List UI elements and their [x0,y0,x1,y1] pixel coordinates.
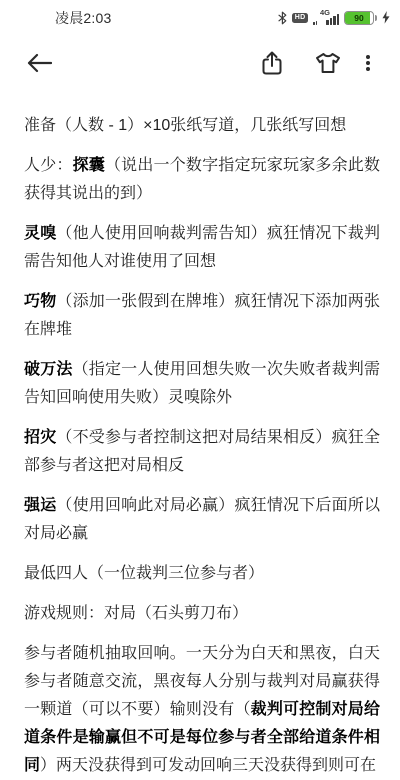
more-menu-button[interactable] [366,53,370,74]
status-bar: 凌晨2:03 HD 4G 90 [0,0,400,35]
text-run: （添加一张假到在牌堆）疯狂情况下添加两张在牌堆 [24,293,380,338]
paragraph: 破万法（指定一人使用回想失败一次失败者裁判需告知回响使用失败）灵嗅除外 [24,356,380,412]
kebab-menu-icon [366,53,370,74]
paragraph: 游戏规则：对局（石头剪刀布） [24,600,380,628]
text-run: 人少： [24,157,73,174]
term: 灵嗅 [24,225,56,242]
theme-button[interactable] [314,51,342,75]
paragraph: 灵嗅（他人使用回响裁判需告知）疯狂情况下裁判需告知他人对谁使用了回想 [24,220,380,276]
paragraph: 巧物（添加一张假到在牌堆）疯狂情况下添加两张在牌堆 [24,288,380,344]
term: 招灾 [24,429,56,446]
back-button[interactable] [26,53,52,73]
share-button[interactable] [260,50,284,76]
tshirt-icon [314,51,342,75]
paragraph: 招灾（不受参与者控制这把对局结果相反）疯狂全部参与者这把对局相反 [24,424,380,480]
arrow-left-icon [26,53,52,73]
signal-strength-icon: 4G [313,9,339,27]
charging-bolt-icon [382,11,390,24]
paragraph: 准备（人数 - 1）×10张纸写道，几张纸写回想 [24,112,380,140]
battery-icon: 90 [344,11,374,25]
volte-hd-icon: HD [292,13,308,23]
note-content[interactable]: 准备（人数 - 1）×10张纸写道，几张纸写回想 人少：探囊（说出一个数字指定玩… [0,91,400,780]
text-run: 最低四人（一位裁判三位参与者） [24,565,264,582]
paragraph: 最低四人（一位裁判三位参与者） [24,560,380,588]
text-run: 游戏规则：对局（石头剪刀布） [24,605,248,622]
app-notification-icon [117,12,131,24]
paragraph: 强运（使用回响此对局必赢）疯狂情况下后面所以对局必赢 [24,492,380,548]
text-run: 准备（人数 - 1）×10张纸写道，几张纸写回想 [24,117,346,134]
paragraph: 人少：探囊（说出一个数字指定玩家玩家多余此数获得其说出的到） [24,152,380,208]
clock: 凌晨2:03 [55,8,111,28]
text-run: （不受参与者控制这把对局结果相反）疯狂全部参与者这把对局相反 [24,429,380,474]
battery-percent: 90 [345,12,373,24]
nav-bar [0,35,400,91]
term: 强运 [24,497,56,514]
paragraph: 参与者随机抽取回响。一天分为白天和黑夜，白天参与者随意交流，黑夜每人分别与裁判对… [24,640,380,780]
term: 巧物 [24,293,56,310]
share-icon [260,50,284,76]
term: 探囊 [73,157,105,174]
term: 破万法 [24,361,73,378]
text-run: （指定一人使用回想失败一次失败者裁判需告知回响使用失败）灵嗅除外 [24,361,380,406]
text-run: ）两天没获得到可发动回响三天没获得到则可在 [40,757,376,774]
bluetooth-icon [278,11,287,25]
battery-nub [375,15,377,21]
text-run: （他人使用回响裁判需告知）疯狂情况下裁判需告知他人对谁使用了回想 [24,225,380,270]
text-run: （使用回响此对局必赢）疯狂情况下后面所以对局必赢 [24,497,380,542]
